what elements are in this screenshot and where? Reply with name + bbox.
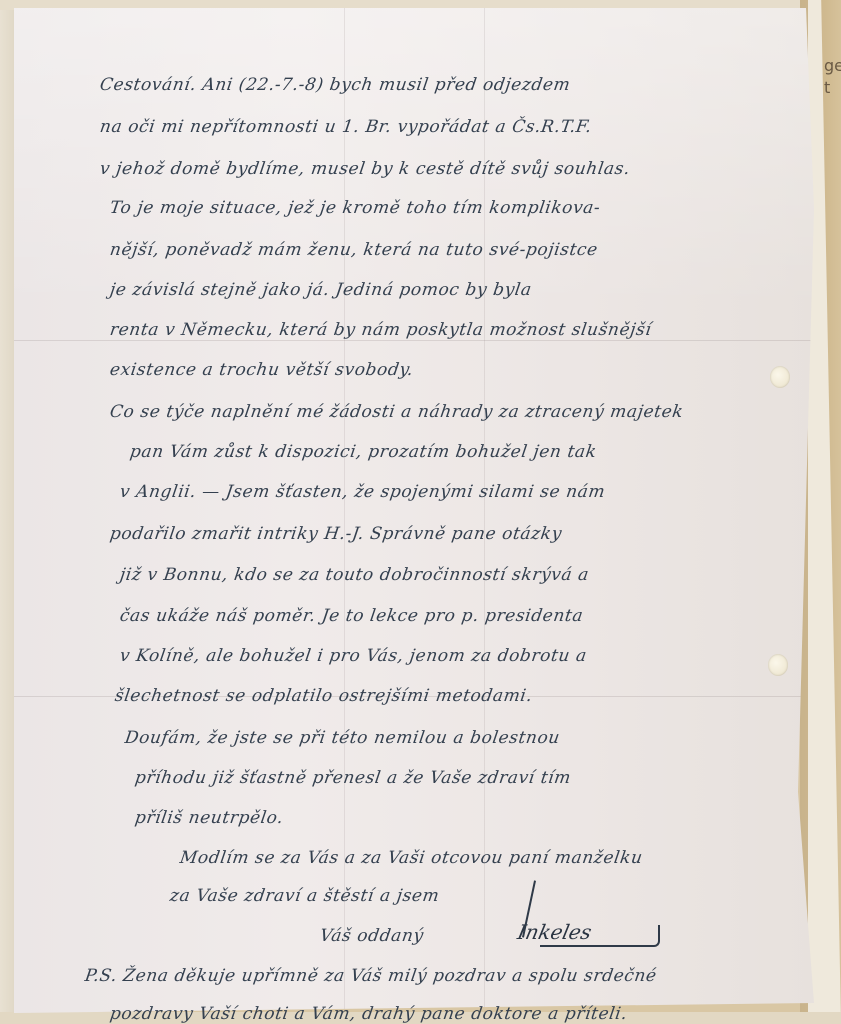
letter-line: za Vaše zdraví a štěstí a jsem (169, 886, 441, 906)
letter-line: Modlím se za Vás a za Vaši otcovou paní … (179, 848, 644, 868)
letter-line: na oči mi nepřítomnosti u 1. Br. vypořád… (99, 117, 594, 137)
letter-line: To je moje situace, jež je kromě toho tí… (109, 198, 602, 218)
letter-line: v Anglii. — Jsem šťasten, že spojenými s… (119, 482, 607, 502)
background-text-fragment-1: ge (824, 55, 841, 77)
letter-line: příliš neutrpělo. (134, 808, 285, 828)
postscript-line: P.S. Žena děkuje upřímně za Váš milý poz… (84, 966, 658, 986)
letter-line: existence a trochu větší svobody. (109, 360, 415, 380)
paper-fold-line (14, 340, 814, 341)
letter-line: příhodu již šťastně přenesl a že Vaše zd… (134, 768, 573, 788)
letter-line: podařilo zmařit intriky H.-J. Správně pa… (109, 524, 564, 544)
postscript-line: pozdravy Vaší choti a Vám, drahý pane do… (109, 1004, 629, 1024)
signature-flourish (540, 925, 660, 947)
letter-line: v jehož domě bydlíme, musel by k cestě d… (99, 159, 632, 179)
background-text-fragment: ge t (824, 55, 841, 100)
letter-line: nější, poněvadž mám ženu, která na tuto … (109, 240, 600, 260)
letter-line: je závislá stejně jako já. Jediná pomoc … (109, 280, 533, 300)
letter-line: renta v Německu, která by nám poskytla m… (109, 320, 653, 340)
letter-line: Doufám, že jste se při této nemilou a bo… (124, 728, 562, 748)
punch-hole (768, 654, 788, 676)
letter-line: v Kolíně, ale bohužel i pro Vás, jenom z… (119, 646, 589, 666)
letter-line: Co se týče naplnění mé žádosti a náhrady… (109, 402, 685, 422)
letter-line: již v Bonnu, kdo se za touto dobročinnos… (119, 565, 591, 585)
letter-line: čas ukáže náš poměr. Je to lekce pro p. … (119, 606, 585, 626)
letter-line: Cestování. Ani (22.-7.-8) bych musil pře… (99, 75, 572, 95)
background-text-fragment-2: t (824, 77, 841, 99)
letter-closing: Váš oddaný (319, 926, 425, 946)
letter-line: pan Vám zůst k dispozici, prozatím bohuž… (129, 442, 598, 462)
letter-line: šlechetnost se odplatilo ostrejšími meto… (114, 686, 534, 706)
punch-hole (770, 366, 790, 388)
